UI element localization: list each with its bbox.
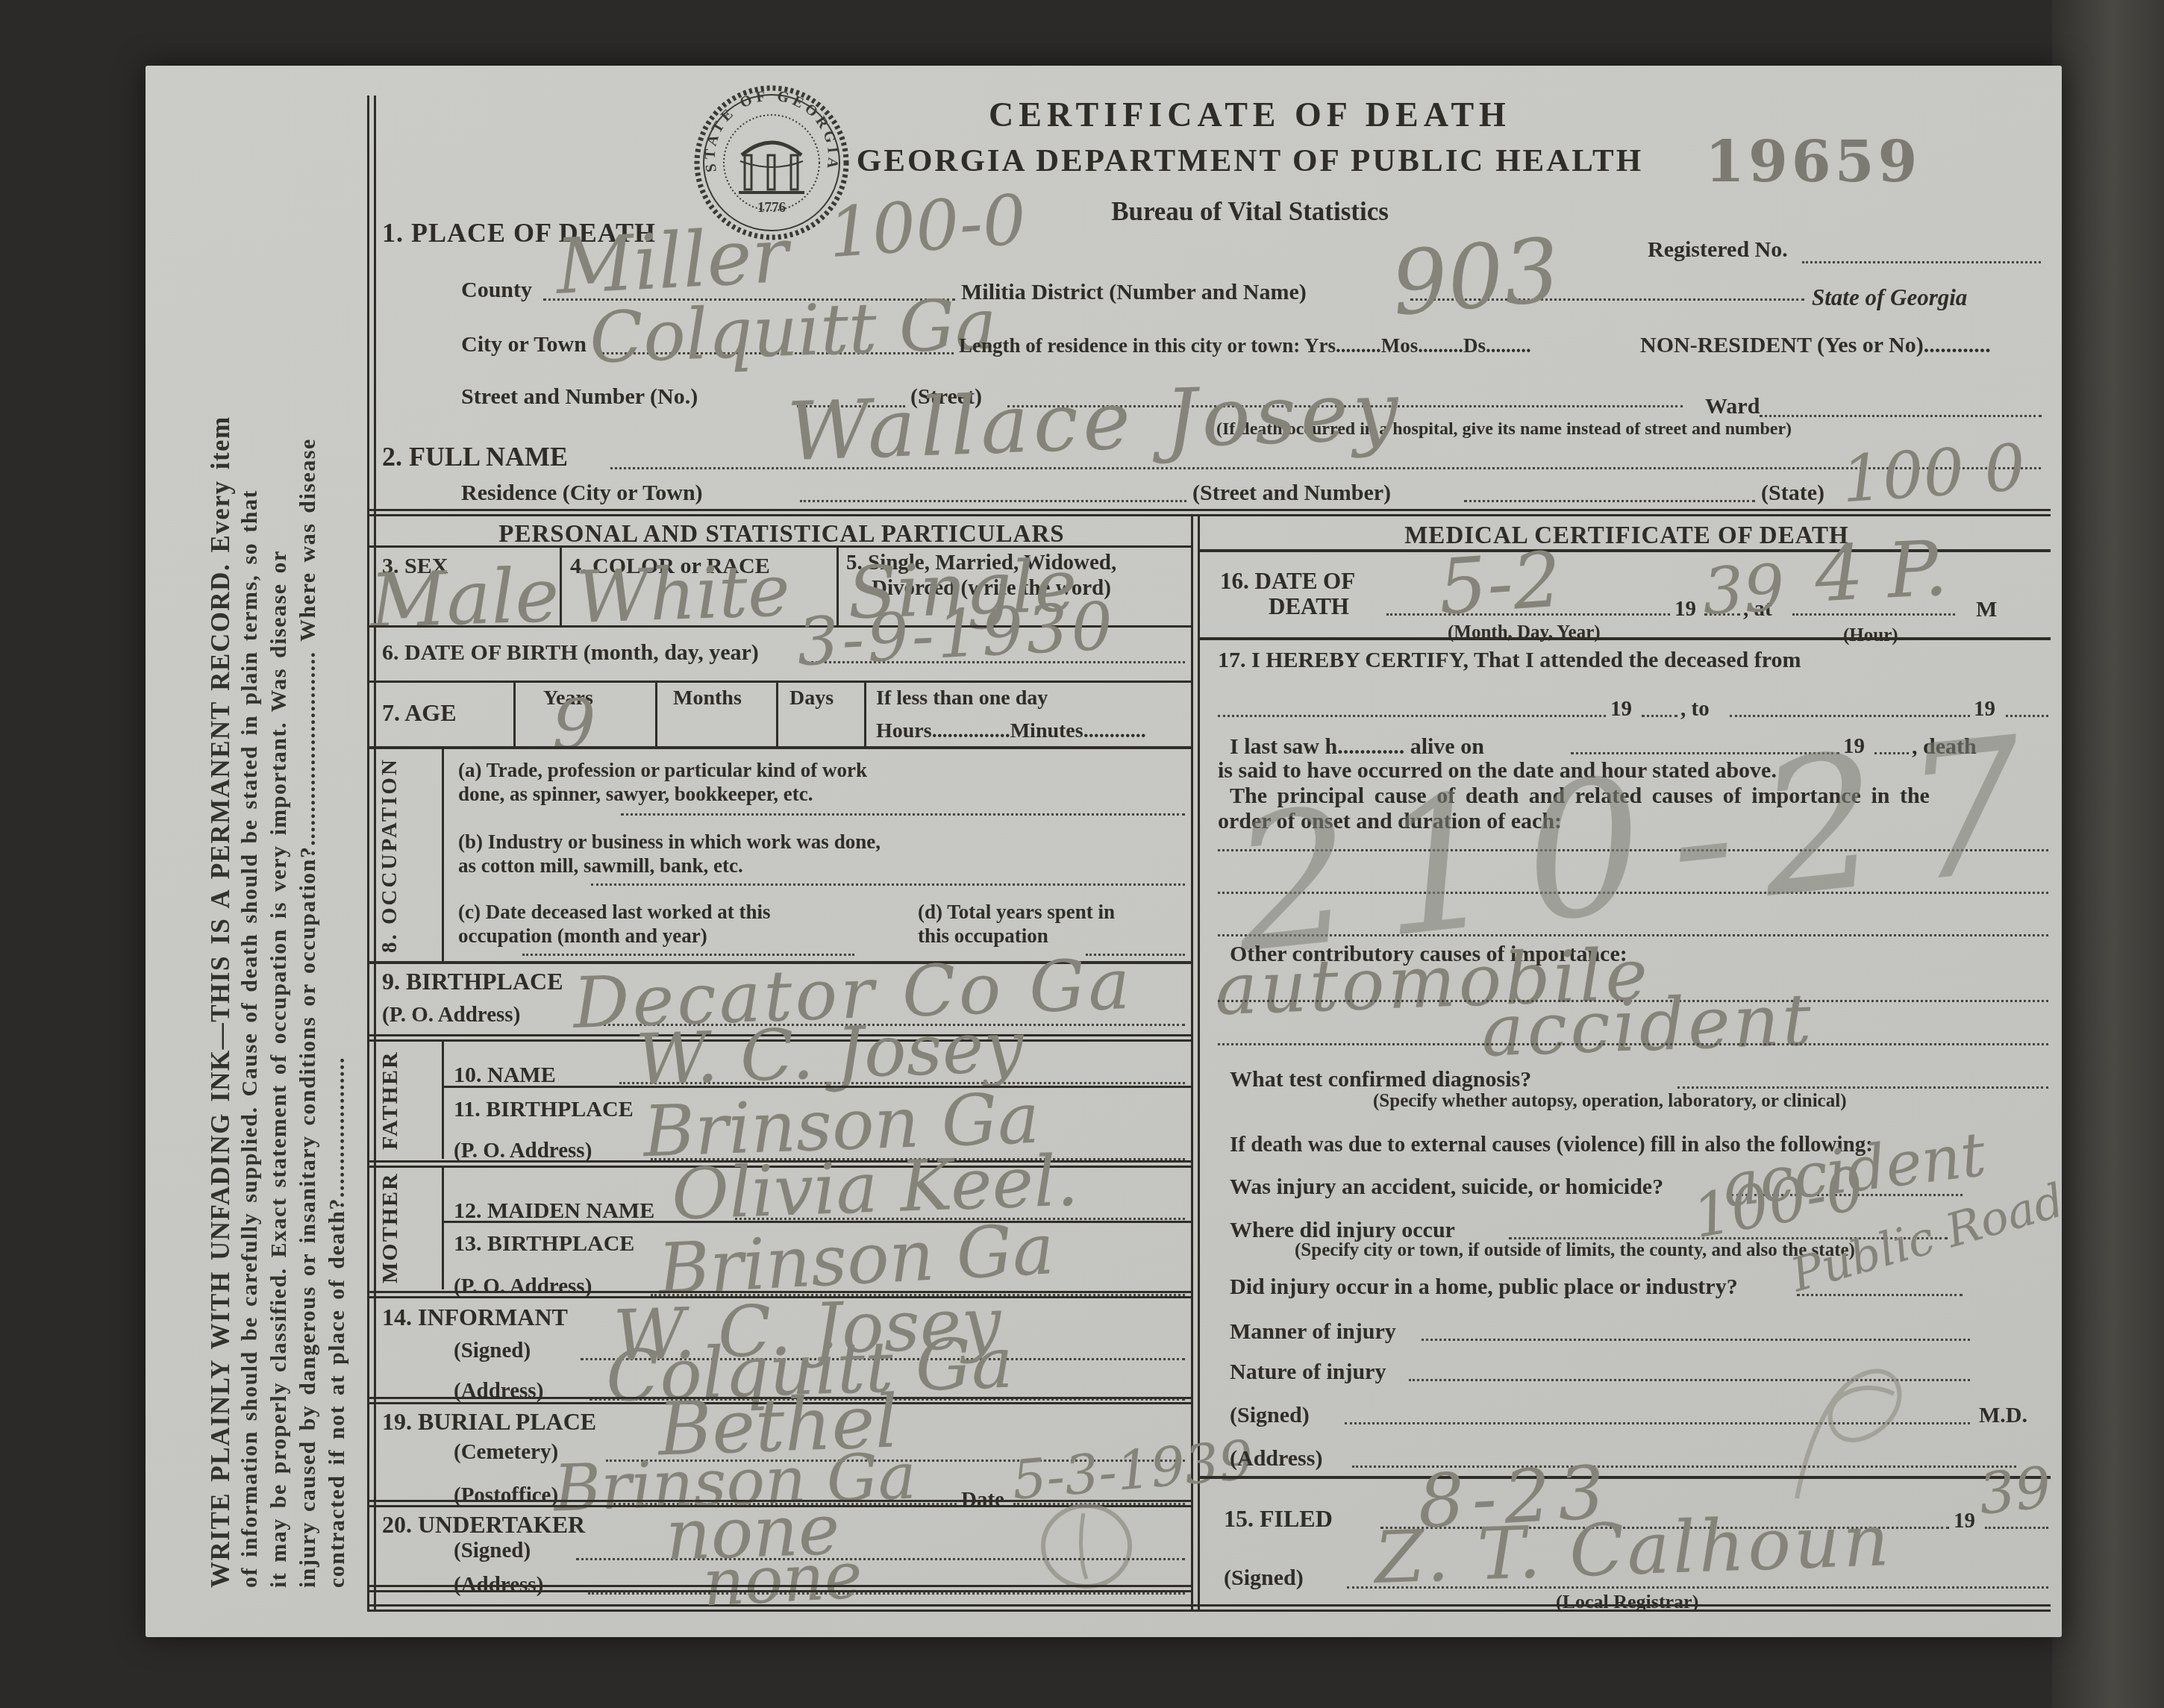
- date-of-birth-label: 6. DATE OF BIRTH (month, day, year): [382, 640, 759, 666]
- physician-signed-label: (Signed): [1230, 1403, 1310, 1428]
- undertaker-signed-label: (Signed): [454, 1539, 531, 1562]
- date-of-death-label: 16. DATE OF: [1220, 569, 1355, 595]
- father-name-label: 10. NAME: [454, 1063, 556, 1088]
- rule: [367, 746, 1191, 749]
- burial-cemetery-label: (Cemetery): [454, 1440, 558, 1464]
- contributory-value-handwriting-2: accident: [1480, 983, 1815, 1067]
- department-title: GEORGIA DEPARTMENT OF PUBLIC HEALTH: [746, 143, 1754, 179]
- cell-divider: [560, 548, 562, 625]
- militia-district-value-handwriting: 903: [1388, 225, 1563, 328]
- injury-kind-label: Was injury an accident, suicide, or homi…: [1230, 1174, 1663, 1200]
- occupation-c-label: (c) Date deceased last worked at this oc…: [458, 900, 865, 948]
- militia-district-label: Militia District (Number and Name): [961, 280, 1307, 305]
- undertaker-label: 20. UNDERTAKER: [382, 1512, 585, 1539]
- occupation-a-label: (a) Trade, profession or particular kind…: [458, 758, 887, 806]
- state-of-georgia-label: State of Georgia: [1812, 285, 1967, 311]
- residence-street-number-label: (Street and Number): [1192, 481, 1391, 506]
- date-of-death-value-handwriting: 5-2: [1436, 542, 1564, 626]
- residence-length-label: Length of residence in this city or town…: [959, 334, 1531, 357]
- mother-vertical-label: MOTHER: [378, 1166, 440, 1289]
- residence-state-label: (State): [1761, 481, 1824, 506]
- father-bracket-line: [442, 1042, 444, 1159]
- injury-place-label: Did injury occur in a home, public place…: [1230, 1274, 1738, 1300]
- dotted-leader: [1677, 1086, 2048, 1089]
- dotted-leader: [1218, 715, 1606, 717]
- last-saw-statement: I last saw h............ alive on: [1230, 734, 1484, 760]
- residence-state-value-handwriting: 100 0: [1839, 436, 2027, 513]
- death-hour-value-handwriting: 4 P.: [1813, 531, 1949, 613]
- city-or-town-label: City or Town: [461, 332, 587, 357]
- father-vertical-label: FATHER: [378, 1042, 440, 1159]
- dotted-leader: [591, 883, 1185, 886]
- dotted-leader: [1760, 415, 2042, 417]
- nonresident-label: NON-RESIDENT (Yes or No)............: [1640, 333, 1991, 358]
- father-birthplace-label: 11. BIRTHPLACE: [454, 1097, 634, 1122]
- left-column-bottom-rule: [367, 1585, 1191, 1592]
- full-name-value-handwriting: Wallace Josey: [786, 372, 1404, 474]
- dotted-leader: [1422, 1339, 1970, 1341]
- filed-label: 15. FILED: [1224, 1506, 1333, 1533]
- death-year-value-handwriting: 39: [1701, 556, 1786, 625]
- year-19-print: 19: [1674, 597, 1696, 621]
- informant-label: 14. INFORMANT: [382, 1304, 568, 1331]
- certificate-number-stamp: 19659: [1705, 128, 1921, 195]
- occupation-bracket-line: [442, 749, 444, 961]
- nature-of-injury-label: Nature of injury: [1230, 1360, 1386, 1385]
- residence-label: Residence (City or Town): [461, 481, 703, 506]
- age-months-label: Months: [673, 686, 742, 710]
- scanned-death-certificate: WRITE PLAINLY WITH UNFADING INK—THIS IS …: [0, 0, 2164, 1708]
- book-binding-edge: [2052, 0, 2164, 1708]
- pencil-circle-mark: [1036, 1500, 1137, 1592]
- age-days-label: Days: [789, 686, 834, 710]
- age-hours-minutes-label: Hours...............Minutes............: [876, 719, 1146, 742]
- cell-divider: [655, 681, 657, 746]
- ward-label: Ward: [1705, 394, 1760, 419]
- section-divider-rule: [367, 509, 2051, 516]
- age-years-value-handwriting: 9: [552, 691, 596, 760]
- undertaker-address-value-handwriting: none: [701, 1543, 864, 1615]
- place-of-death-code-handwriting: 100-0: [826, 186, 1028, 268]
- occupation-vertical-label: 8. OCCUPATION: [378, 749, 440, 961]
- test-confirmed-label: What test confirmed diagnosis?: [1230, 1067, 1531, 1092]
- mother-maiden-label: 12. MAIDEN NAME: [454, 1198, 654, 1224]
- margin-instruction-line: WRITE PLAINLY WITH UNFADING INK—THIS IS …: [206, 127, 235, 1588]
- date-of-birth-value-handwriting: 3-9-1930: [795, 593, 1117, 675]
- to-label: , to: [1680, 697, 1710, 721]
- injury-where-label: Where did injury occur: [1230, 1218, 1455, 1243]
- filed-year-value-handwriting: 39: [1976, 1459, 2054, 1523]
- registered-no-label: Registered No.: [1648, 237, 1788, 263]
- county-label: County: [461, 278, 532, 303]
- meridiem-label: M: [1976, 597, 1997, 622]
- local-registrar-note: (Local Registrar): [1556, 1591, 1698, 1612]
- informant-signed-label: (Signed): [454, 1339, 531, 1363]
- filed-year-print: 19: [1954, 1509, 1975, 1533]
- margin-instruction-line: it may be properly classified. Exact sta…: [264, 127, 293, 1588]
- age-label: 7. AGE: [382, 700, 457, 727]
- rule: [367, 681, 1191, 683]
- rule: [1198, 1476, 2051, 1479]
- pencil-scribble-mark: [1767, 1349, 1931, 1513]
- birthplace-label: 9. BIRTHPLACE: [382, 969, 563, 995]
- dotted-leader: [1464, 500, 1755, 502]
- form-bottom-border: [367, 1604, 2051, 1612]
- from-year-print: 19: [1610, 697, 1632, 721]
- race-value-handwriting: White: [575, 554, 791, 634]
- physician-address-label: (Address): [1230, 1446, 1322, 1471]
- occupation-d-label: (d) Total years spent in this occupation: [918, 900, 1142, 948]
- injury-where-note: (Specify city or town, if outside of lim…: [1295, 1240, 1855, 1261]
- dotted-leader: [800, 500, 1186, 502]
- cell-divider: [864, 681, 866, 746]
- form-left-border: [367, 96, 369, 1610]
- margin-instruction-line: contracted if not at place of death?....…: [322, 127, 351, 1588]
- city-or-town-value-handwriting: Colquitt Ga: [589, 290, 998, 375]
- burial-place-label: 19. BURIAL PLACE: [382, 1409, 596, 1436]
- registrar-signed-label: (Signed): [1224, 1565, 1304, 1591]
- full-name-label: 2. FULL NAME: [382, 442, 568, 472]
- date-of-death-label-2: DEATH: [1269, 594, 1349, 620]
- dotted-leader: [1642, 715, 1677, 717]
- dotted-leader: [1218, 1043, 2048, 1045]
- mother-bracket-line: [442, 1166, 444, 1289]
- certify-statement: 17. I HEREBY CERTIFY, That I attended th…: [1218, 648, 1801, 673]
- md-label: M.D.: [1979, 1403, 2027, 1428]
- cell-divider: [776, 681, 778, 746]
- age-less-than-label: If less than one day: [876, 686, 1048, 710]
- occupation-b-label: (b) Industry or business in which work w…: [458, 830, 887, 878]
- cell-divider: [513, 681, 516, 746]
- margin-instruction-line: injury caused by dangerous or insanitary…: [293, 127, 322, 1588]
- margin-instruction-line: of information should be carefully suppl…: [235, 127, 264, 1588]
- dotted-leader: [588, 1592, 1185, 1595]
- street-and-number-label: Street and Number (No.): [461, 384, 698, 410]
- manner-of-injury-label: Manner of injury: [1230, 1319, 1396, 1345]
- certificate-title: CERTIFICATE OF DEATH: [821, 96, 1679, 134]
- hour-note: (Hour): [1843, 625, 1898, 646]
- test-confirmed-note: (Specify whether autopsy, operation, lab…: [1373, 1091, 1846, 1112]
- mother-birthplace-label: 13. BIRTHPLACE: [454, 1231, 634, 1257]
- father-po-label: (P. O. Address): [454, 1139, 592, 1163]
- dotted-leader: [1802, 261, 2041, 263]
- margin-instructions: WRITE PLAINLY WITH UNFADING INK—THIS IS …: [206, 127, 357, 1588]
- dotted-leader: [1985, 1527, 2048, 1529]
- form-left-border-inner: [374, 96, 376, 1610]
- dotted-leader: [621, 813, 1185, 816]
- birthplace-po-label: (P. O. Address): [382, 1003, 520, 1027]
- rule: [1198, 637, 2051, 640]
- registrar-signed-value-handwriting: Z. T. Calhoun: [1374, 1504, 1894, 1594]
